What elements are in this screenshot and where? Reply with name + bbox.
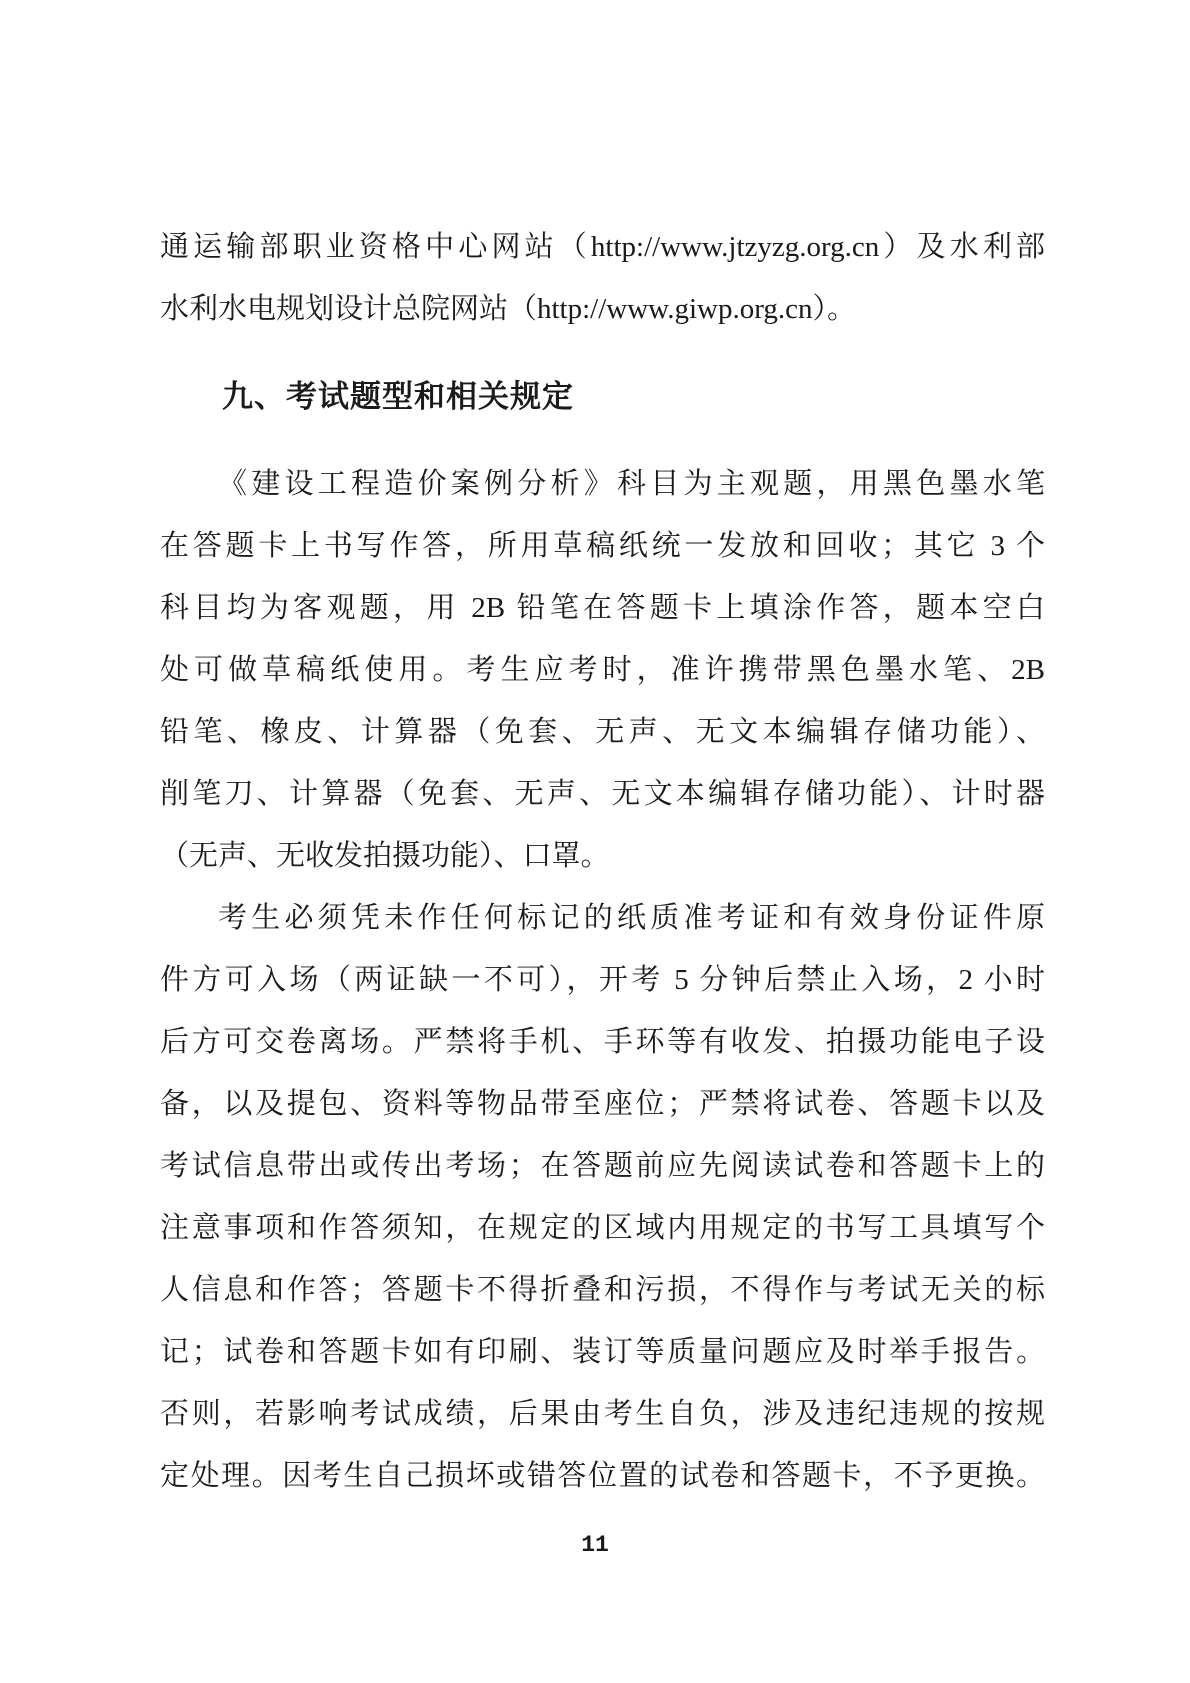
text-line: 注意事项和作答须知，在规定的区域内用规定的书写工具填写个 [160,1197,1045,1259]
text-line: 通运输部职业资格中心网站（http://www.jtzyzg.org.cn）及水… [160,216,1045,278]
text-line: 件方可入场（两证缺一不可），开考 5 分钟后禁止入场，2 小时 [160,949,1045,1011]
text-line: 后方可交卷离场。严禁将手机、手环等有收发、拍摄功能电子设 [160,1011,1045,1073]
text-line: （无声、无收发拍摄功能）、口罩。 [160,825,1045,887]
text-line: 在答题卡上书写作答，所用草稿纸统一发放和回收；其它 3 个 [160,515,1045,577]
text-line: 记；试卷和答题卡如有印刷、装订等质量问题应及时举手报告。 [160,1321,1045,1383]
text-line: 处可做草稿纸使用。考生应考时，准许携带黑色墨水笔、2B [160,639,1045,701]
text-line: 考生必须凭未作任何标记的纸质准考证和有效身份证件原 [160,887,1045,949]
text-line: 削笔刀、计算器（免套、无声、无文本编辑存储功能）、计时器 [160,763,1045,825]
text-line: 定处理。因考生自己损坏或错答位置的试卷和答题卡，不予更换。 [160,1445,1045,1507]
text-line: 铅笔、橡皮、计算器（免套、无声、无文本编辑存储功能）、 [160,701,1045,763]
text-line: 考试信息带出或传出考场；在答题前应先阅读试卷和答题卡上的 [160,1135,1045,1197]
text-line: 水利水电规划设计总院网站（http://www.giwp.org.cn）。 [160,278,1045,340]
text-line: 否则，若影响考试成绩，后果由考生自负，涉及违纪违规的按规 [160,1383,1045,1445]
text-line: 《建设工程造价案例分析》科目为主观题，用黑色墨水笔 [160,453,1045,515]
text-line: 备，以及提包、资料等物品带至座位；严禁将试卷、答题卡以及 [160,1073,1045,1135]
text-line: 科目均为客观题，用 2B 铅笔在答题卡上填涂作答，题本空白 [160,577,1045,639]
text-line: 人信息和作答；答题卡不得折叠和污损，不得作与考试无关的标 [160,1259,1045,1321]
page-number: 11 [0,1532,1190,1558]
section-heading: 九、考试题型和相关规定 [160,366,1045,428]
body-text: 通运输部职业资格中心网站（http://www.jtzyzg.org.cn）及水… [160,216,1045,1507]
document-page: 通运输部职业资格中心网站（http://www.jtzyzg.org.cn）及水… [0,0,1190,1683]
